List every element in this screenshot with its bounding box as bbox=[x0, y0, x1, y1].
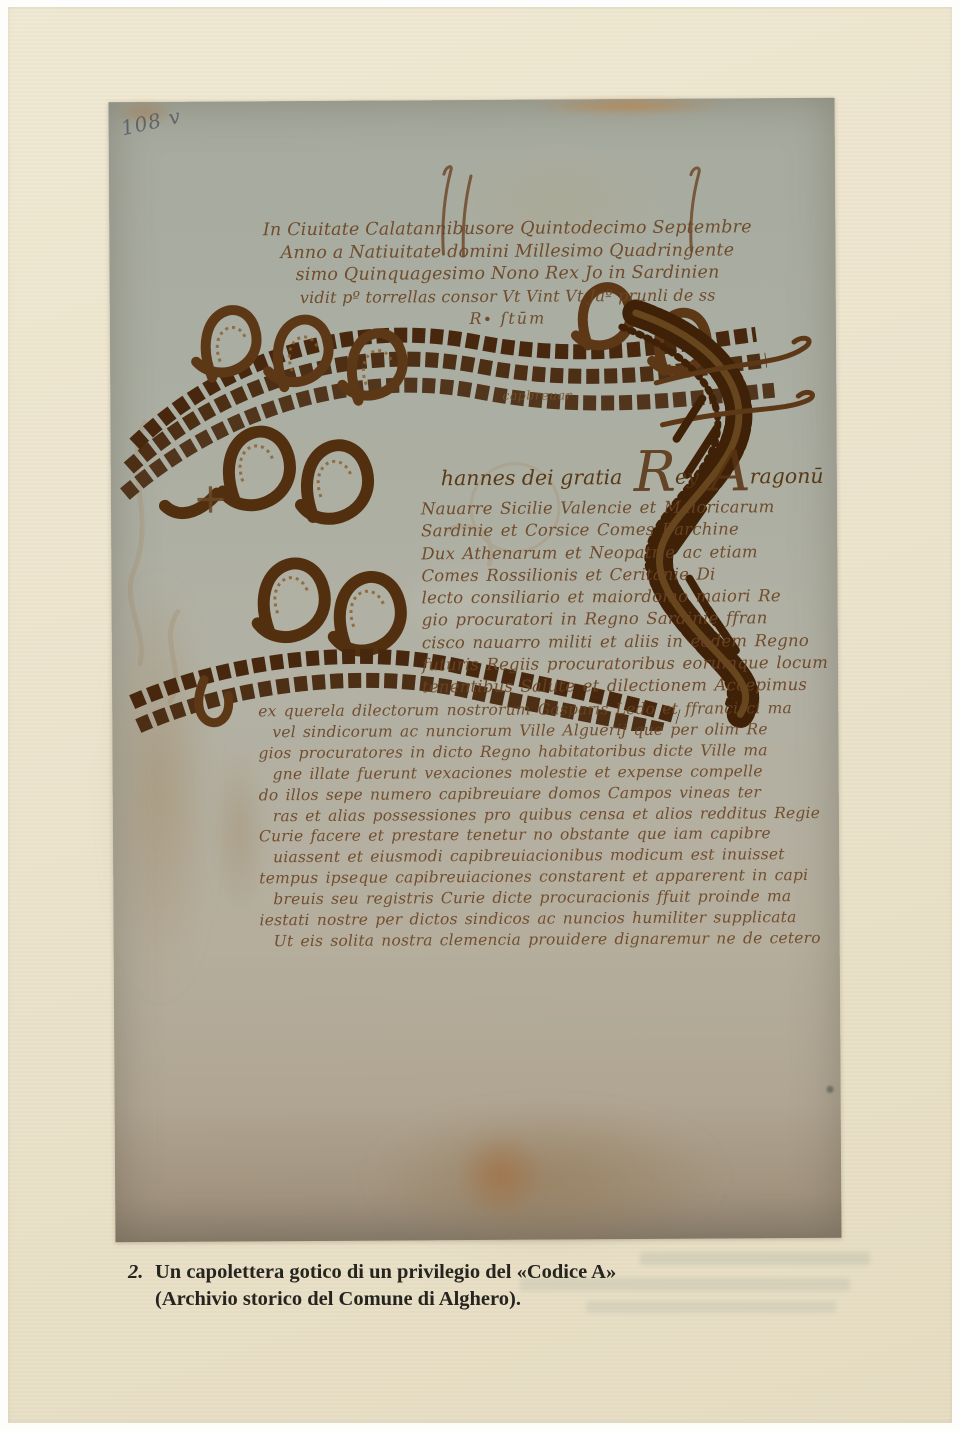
stain bbox=[365, 1100, 726, 1252]
body-line: Ut eis solita nostra clemencia prouidere… bbox=[274, 928, 840, 952]
manuscript-photo: 108 v bbox=[109, 98, 842, 1242]
dateline-block: In Ciuitate Calatannibusore Quintodecimo… bbox=[237, 216, 778, 332]
address-block: Nauarre Sicilie Valencie et MaioricarumS… bbox=[421, 496, 842, 699]
caption-number: 2. bbox=[128, 1259, 143, 1286]
stain bbox=[455, 1130, 546, 1221]
address-line: Comes Rossilionis et Ceritanie Di bbox=[421, 563, 841, 588]
heading-pre: hannes dei gratia bbox=[441, 465, 629, 490]
dateline-line: simo Quinquagesimo Nono Rex Jo in Sardin… bbox=[238, 261, 778, 287]
address-line: Dux Athenarum et Neopatrie ac etiam bbox=[421, 540, 841, 565]
dateline-line: In Ciuitate Calatannibusore Quintodecimo… bbox=[237, 216, 777, 242]
dateline-line: Anno a Natiuitate domini Millesimo Quadr… bbox=[237, 239, 777, 265]
stain bbox=[529, 96, 729, 115]
address-line: gio procuratori in Regno Sardinie ffran bbox=[422, 607, 842, 632]
address-line: Sardinie et Corsice Comes Barchine bbox=[421, 518, 841, 543]
dateline-line: vidit pº torrellas consor Vt Vint Vt Jaº… bbox=[238, 284, 778, 310]
caption-line: (Archivio storico del Comune di Alghero)… bbox=[155, 1286, 728, 1313]
caption-text: Un capolettera gotico di un privilegio d… bbox=[155, 1259, 728, 1313]
plate-caption: 2. Un capolettera gotico di un privilegi… bbox=[128, 1259, 728, 1313]
address-line: Nauarre Sicilie Valencie et Maioricarum bbox=[421, 496, 841, 521]
initial-capital-A: A bbox=[710, 439, 749, 504]
heading-line: hannes dei gratia Rey Aragonū bbox=[441, 464, 861, 491]
rubric-note: capbreuar bbox=[502, 387, 572, 402]
heading-tail: ragonū bbox=[750, 464, 824, 488]
body-line: gne illate fuerunt vexaciones molestie e… bbox=[273, 760, 839, 784]
body-line: do illos sepe numero capibreuiare domos … bbox=[259, 781, 839, 805]
address-line: cisco nauarro militi et aliis in eodem R… bbox=[422, 630, 842, 655]
scanned-book-page: 108 v bbox=[0, 0, 960, 1431]
cross-mark: + bbox=[193, 474, 229, 523]
dateline-line: R∙ ſtūm bbox=[238, 306, 778, 332]
caption-line: Un capolettera gotico di un privilegio d… bbox=[155, 1259, 728, 1286]
stain bbox=[827, 1086, 834, 1093]
address-line: tenentibus Salute et dilectionem Accepim… bbox=[422, 674, 842, 699]
address-line: futuris Regiis procuratoribus eorumque l… bbox=[422, 652, 842, 677]
initial-capital-R: R bbox=[634, 440, 675, 505]
address-line: lecto consiliario et maiordomo maiori Re bbox=[421, 585, 841, 610]
folio-number: 108 v bbox=[119, 104, 184, 140]
heading-mid: ey bbox=[675, 465, 705, 489]
body-text-block: ex querela dilectorum nostrorum Gasparis… bbox=[258, 698, 840, 952]
